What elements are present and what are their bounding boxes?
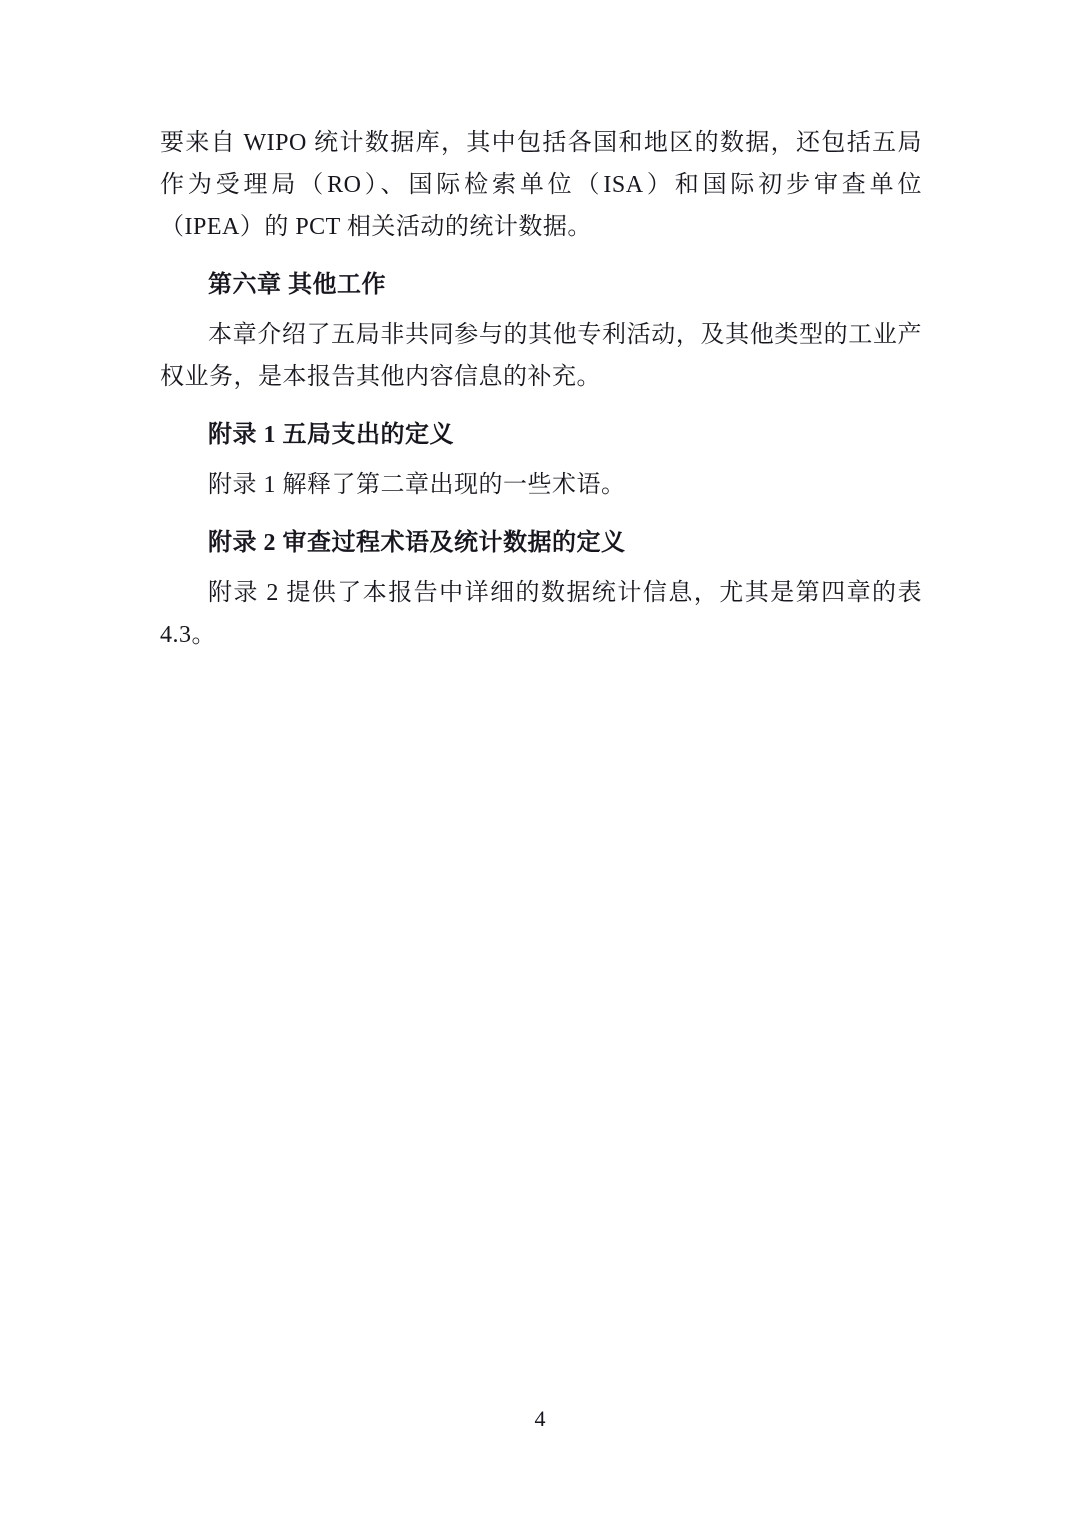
paragraph-continuation: 要来自 WIPO 统计数据库，其中包括各国和地区的数据，还包括五局作为受理局（R… <box>160 122 922 248</box>
section-body-appendix-2: 附录 2 提供了本报告中详细的数据统计信息，尤其是第四章的表 4.3。 <box>160 572 922 656</box>
page-content: 要来自 WIPO 统计数据库，其中包括各国和地区的数据，还包括五局作为受理局（R… <box>160 122 922 656</box>
document-page: 要来自 WIPO 统计数据库，其中包括各国和地区的数据，还包括五局作为受理局（R… <box>0 0 1080 1528</box>
section-body-chapter-6: 本章介绍了五局非共同参与的其他专利活动，及其他类型的工业产权业务，是本报告其他内… <box>160 314 922 398</box>
page-number: 4 <box>0 1404 1080 1434</box>
section-heading-chapter-6: 第六章 其他工作 <box>160 264 922 306</box>
section-heading-appendix-2: 附录 2 审查过程术语及统计数据的定义 <box>160 522 922 564</box>
section-heading-appendix-1: 附录 1 五局支出的定义 <box>160 414 922 456</box>
section-body-appendix-1: 附录 1 解释了第二章出现的一些术语。 <box>160 464 922 506</box>
